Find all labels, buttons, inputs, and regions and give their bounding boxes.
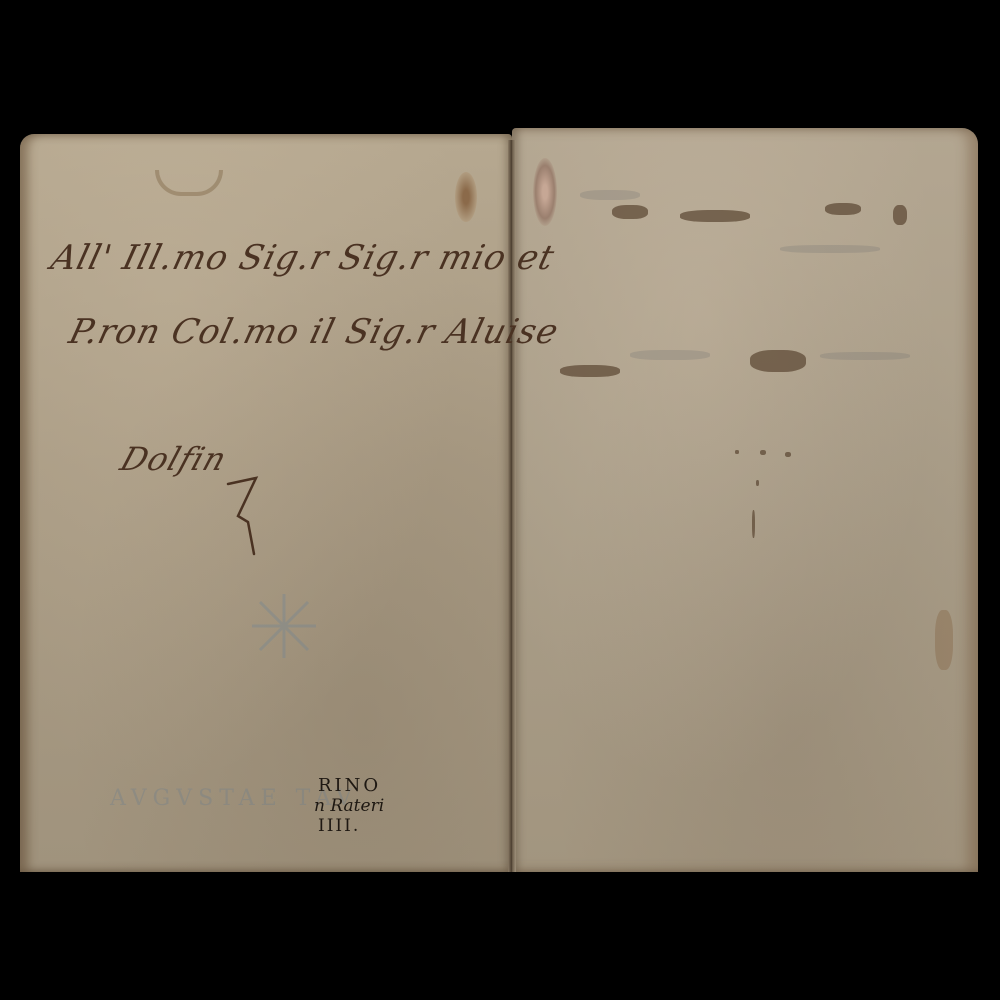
edge-stain — [935, 610, 953, 670]
wormhole-damage-left — [455, 172, 477, 222]
open-book: All' Ill.mo Sig.r Sig.r mio et P.ron Col… — [0, 0, 1000, 1000]
inscription-signature: Dolfin — [116, 440, 232, 478]
printed-imprint: RINO n Rateri IIII. — [318, 776, 384, 836]
star-ornament-icon — [248, 590, 320, 662]
inscription-line-1: All' Ill.mo Sig.r Sig.r mio et — [47, 238, 559, 278]
imprint-line-1: RINO — [318, 776, 384, 796]
right-page — [512, 128, 978, 872]
inscription-line-2: P.ron Col.mo il Sig.r Aluise — [65, 312, 563, 352]
imprint-line-3: IIII. — [318, 816, 384, 836]
signature-flourish-icon — [226, 476, 266, 556]
imprint-line-2: n Rateri — [314, 796, 384, 816]
wormhole-damage-right — [533, 158, 557, 226]
